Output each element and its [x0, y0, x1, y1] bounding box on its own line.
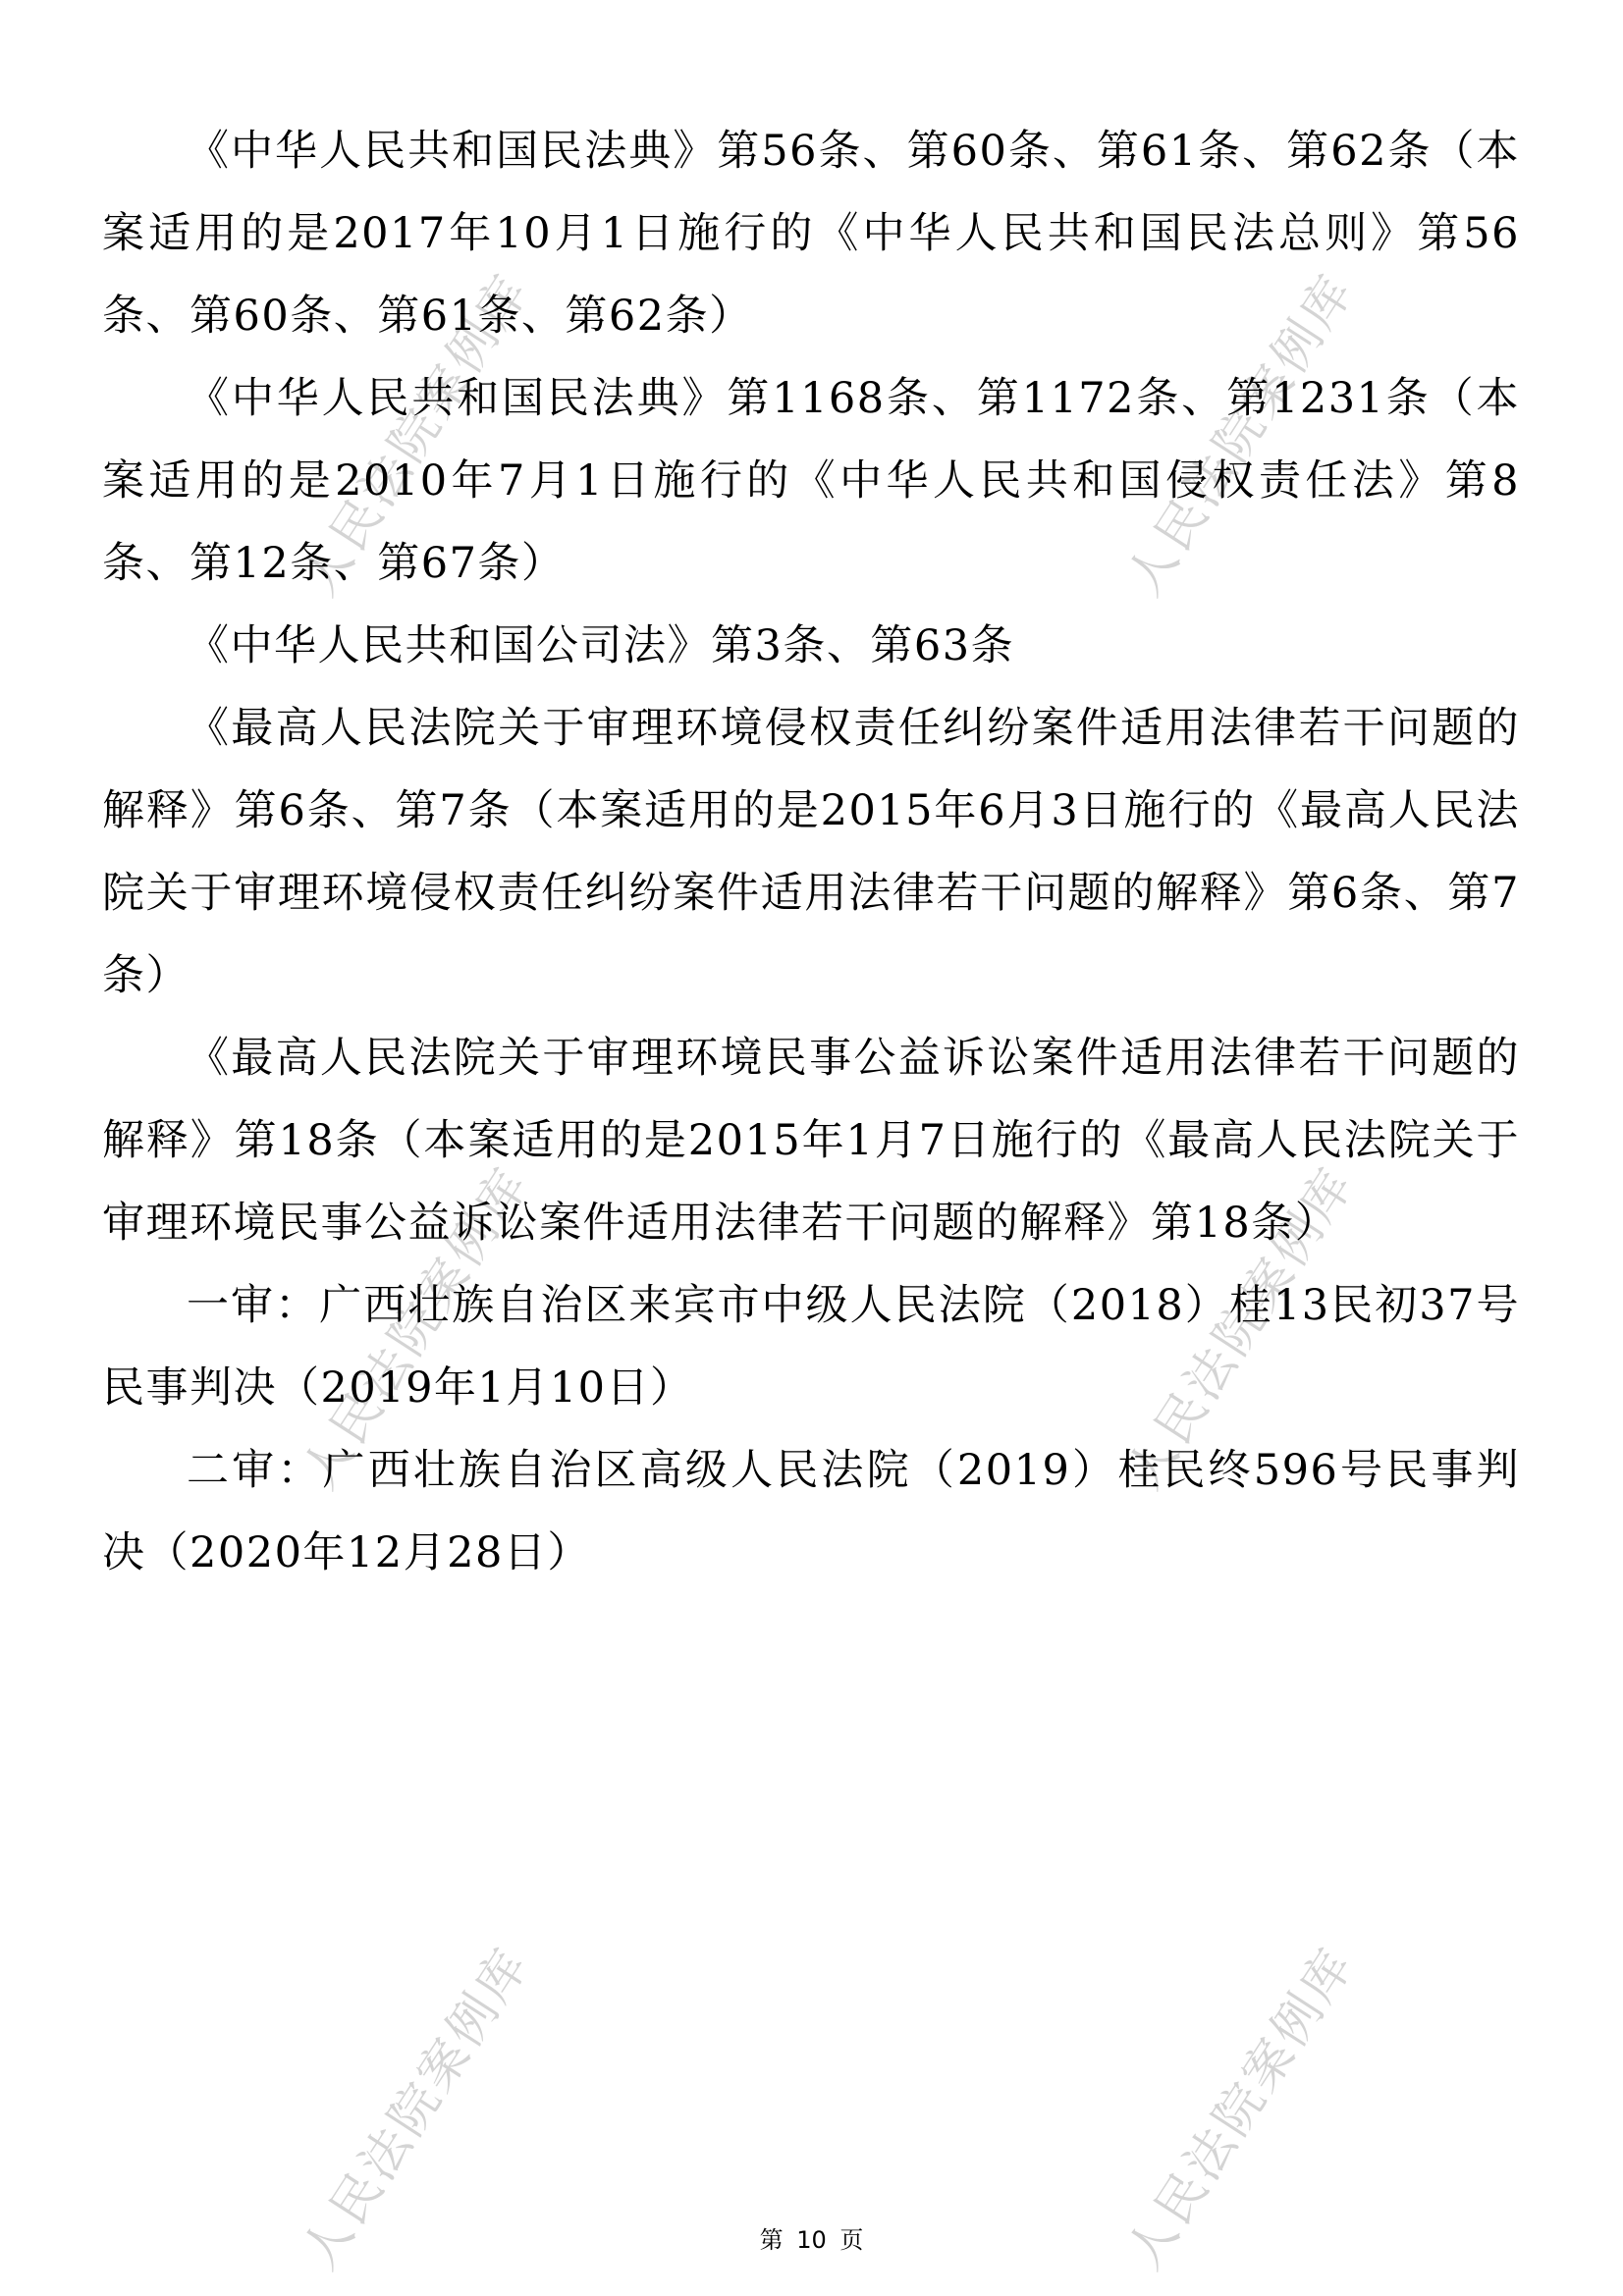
law-reference-paragraph: 《中华人民共和国民法典》第1168条、第1172条、第1231条（本案适用的是2…	[102, 357, 1520, 605]
document-body: 《中华人民共和国民法典》第56条、第60条、第61条、第62条（本案适用的是20…	[102, 110, 1520, 1594]
law-reference-paragraph: 《最高人民法院关于审理环境民事公益诉讼案件适用法律若干问题的解释》第18条（本案…	[102, 1017, 1520, 1264]
law-reference-paragraph: 《中华人民共和国公司法》第3条、第63条	[102, 605, 1520, 687]
first-instance-paragraph: 一审：广西壮族自治区来宾市中级人民法院（2018）桂13民初37号民事判决（20…	[102, 1264, 1520, 1429]
law-reference-paragraph: 《最高人民法院关于审理环境侵权责任纠纷案件适用法律若干问题的解释》第6条、第7条…	[102, 687, 1520, 1017]
law-reference-paragraph: 《中华人民共和国民法典》第56条、第60条、第61条、第62条（本案适用的是20…	[102, 110, 1520, 357]
page-number: 第 10 页	[0, 2220, 1623, 2255]
document-page: 人民法院案例库 人民法院案例库 人民法院案例库 人民法院案例库 人民法院案例库 …	[0, 0, 1623, 2296]
second-instance-paragraph: 二审：广西壮族自治区高级人民法院（2019）桂民终596号民事判决（2020年1…	[102, 1429, 1520, 1594]
